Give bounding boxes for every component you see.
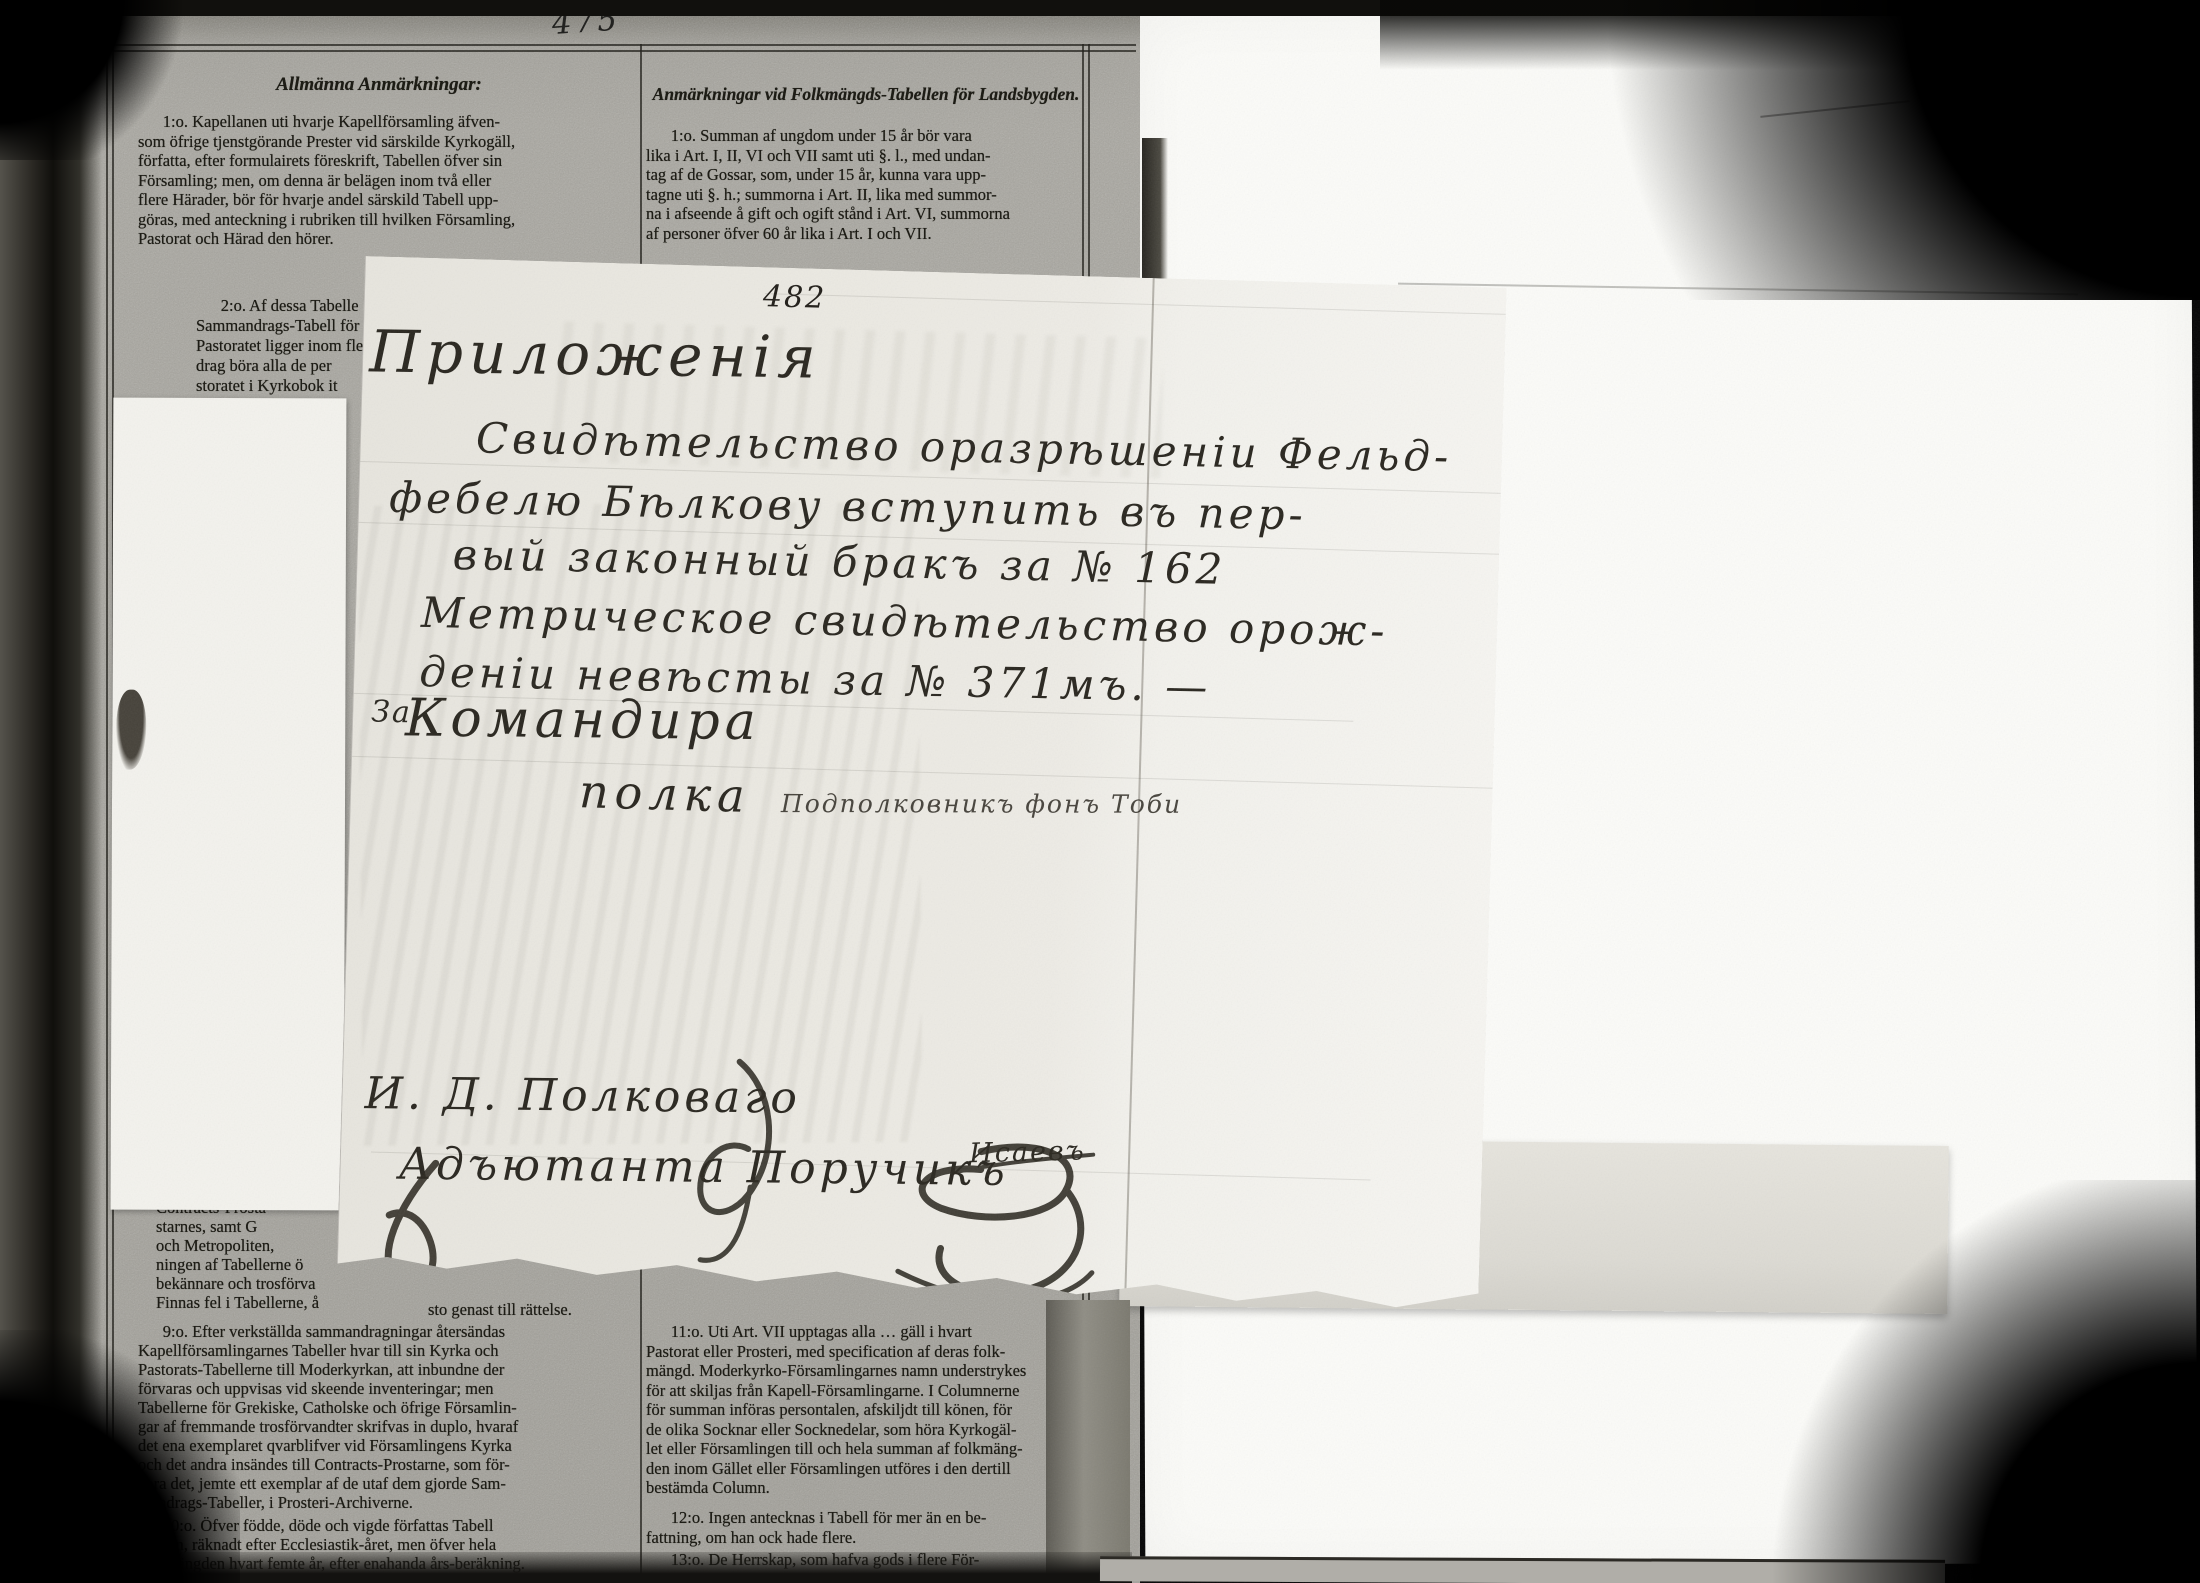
page-bottom-shadow bbox=[50, 1552, 1132, 1583]
top-edge-shadow bbox=[0, 0, 2200, 16]
left-edge-shadow bbox=[0, 0, 102, 1583]
archival-scan: Allmänna Anmärkningar: 1:o. Kapellanen u… bbox=[0, 0, 2200, 1583]
scan-grain-texture bbox=[0, 0, 2200, 1583]
underlying-page-edge bbox=[1100, 1556, 1945, 1583]
